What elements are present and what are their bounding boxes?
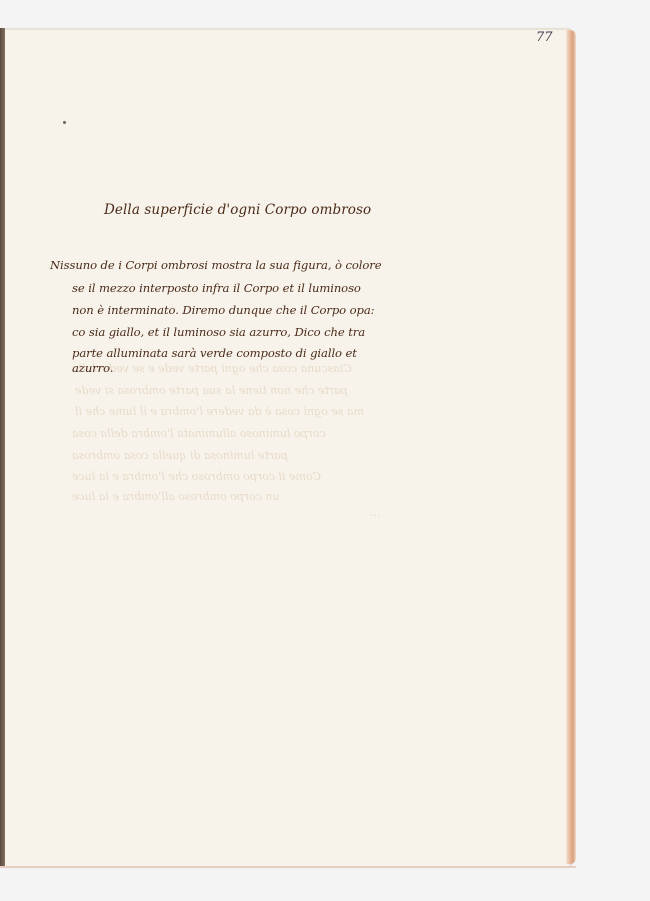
bleed-through-line: Come il corpo ombroso che l'ombra e la l… <box>72 470 321 483</box>
text-line: parte alluminata sarà verde composto di … <box>72 346 357 360</box>
text-line: azurro. <box>72 361 113 375</box>
bleed-through-line: parte luminosa di quella cosa ombrosa <box>72 449 288 462</box>
folio-number: 77 <box>536 30 553 45</box>
bleed-through-line: un corpo ombroso all'ombra e la luce <box>72 490 280 503</box>
bleed-through-line: ... <box>370 506 381 519</box>
manuscript-scene: 77 Ciascuna cosa che ogni parte vede e s… <box>0 0 650 901</box>
text-line: non è interminato. Diremo dunque che il … <box>72 303 374 317</box>
page-top-edge <box>5 28 571 30</box>
text-line: Nissuno de i Corpi ombrosi mostra la sua… <box>50 258 381 272</box>
bleed-through-line: ma se ogni cosa è da vedere l'ombra e il… <box>75 405 364 418</box>
ink-spot <box>63 121 66 124</box>
page-fore-edge <box>566 30 576 864</box>
manuscript-page <box>5 28 571 866</box>
page-bottom-edge <box>0 866 576 868</box>
bleed-through-line: Ciascuna cosa che ogni parte vede e se v… <box>72 362 352 375</box>
chapter-title: Della superficie d'ogni Corpo ombroso <box>104 202 371 218</box>
text-line: co sia giallo, et il luminoso sia azurro… <box>72 325 365 339</box>
bleed-through-line: parte che non tiene la sua parte ombrosa… <box>75 384 348 397</box>
text-line: se il mezzo interposto infra il Corpo et… <box>72 281 361 295</box>
bleed-through-line: corpo luminoso alluminata l'ombra della … <box>72 427 326 440</box>
